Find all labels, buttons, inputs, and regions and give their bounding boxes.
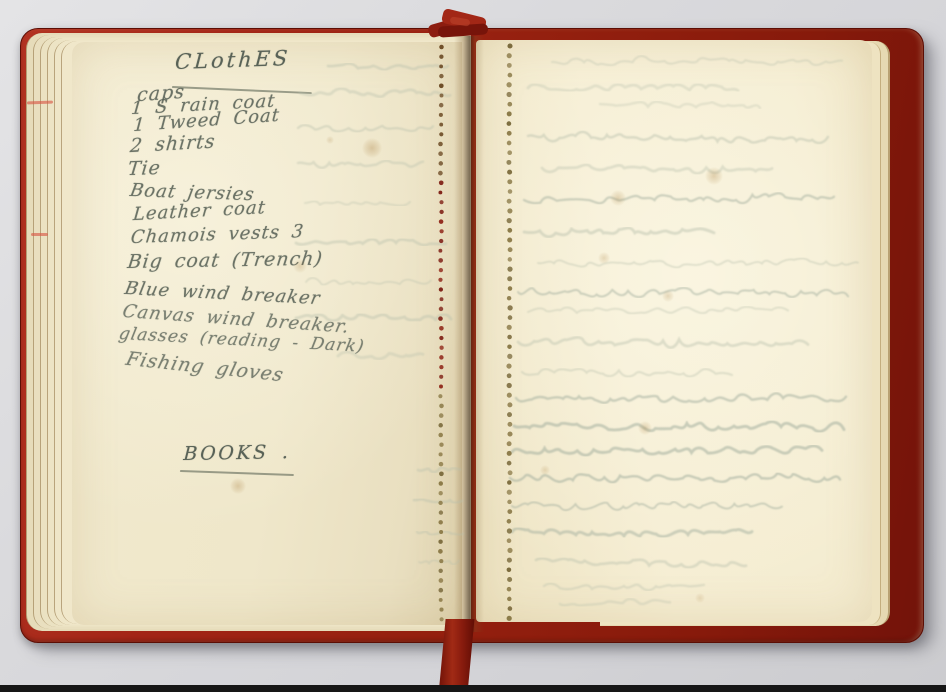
books-underline <box>180 470 294 476</box>
binding-gutter <box>454 36 484 632</box>
clothes-title: CLothES <box>174 46 291 74</box>
handwritten-item: Tie <box>127 157 162 180</box>
books-label: BOOKS . <box>183 441 291 465</box>
handwritten-item: 2 shirts <box>129 131 216 158</box>
right-page <box>476 40 872 622</box>
left-page: CLothES caps1 S rain coat1 Tweed Coat2 s… <box>72 42 462 625</box>
handwritten-item: Chamois vests 3 <box>130 221 306 248</box>
handwritten-item: Fishing gloves <box>124 348 287 386</box>
scanner-background: CLothES caps1 S rain coat1 Tweed Coat2 s… <box>0 0 946 692</box>
handwritten-item: Big coat (Trench) <box>126 248 324 273</box>
red-edge-mark <box>31 233 48 236</box>
scanner-edge-strip <box>0 685 946 692</box>
